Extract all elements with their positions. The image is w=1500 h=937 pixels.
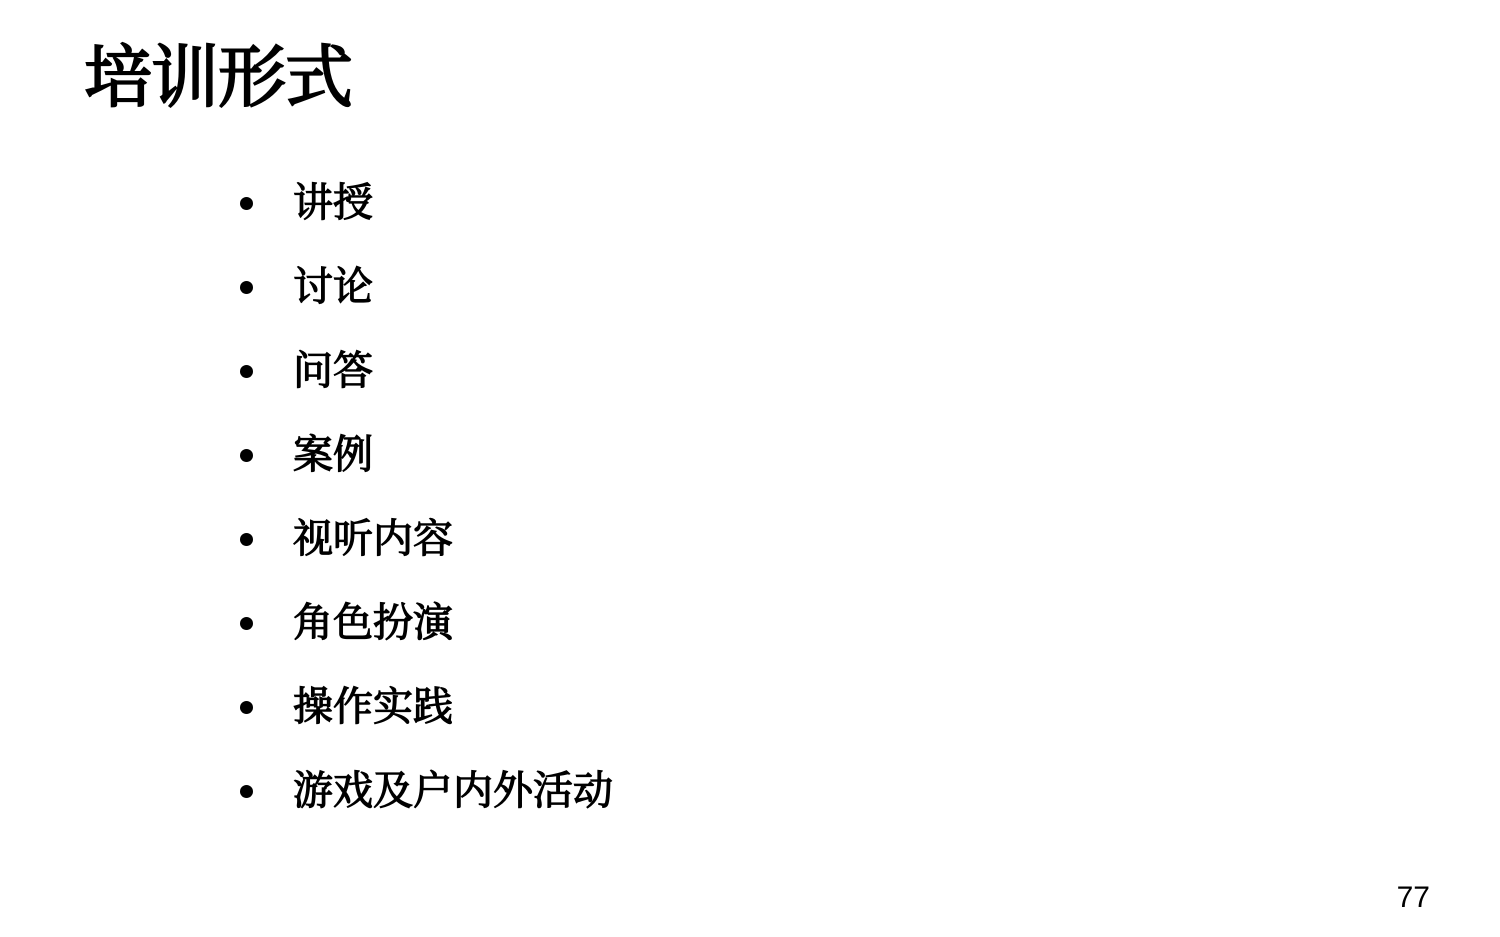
bullet-item-label: 讲授 [293,181,373,225]
bullet-icon [240,281,253,294]
list-item: 问答 [240,329,613,413]
bullet-icon [240,785,253,798]
bullet-icon [240,617,253,630]
list-item: 讨论 [240,245,613,329]
bullet-item-label: 游戏及户内外活动 [293,769,613,813]
bullet-item-label: 讨论 [293,265,373,309]
bullet-icon [240,449,253,462]
bullet-item-label: 问答 [293,349,373,393]
slide-canvas: 培训形式 讲授 讨论 问答 案例 视听内容 角色扮演 操作实践 [0,0,1500,937]
list-item: 讲授 [240,161,613,245]
bullet-item-label: 视听内容 [293,517,453,561]
list-item: 案例 [240,413,613,497]
bullet-icon [240,533,253,546]
bullet-icon [240,365,253,378]
bullet-icon [240,197,253,210]
bullet-icon [240,701,253,714]
page-number: 77 [1397,883,1430,913]
bullet-item-label: 操作实践 [293,685,453,729]
list-item: 角色扮演 [240,581,613,665]
bullet-list: 讲授 讨论 问答 案例 视听内容 角色扮演 操作实践 游戏及户内外活动 [240,161,613,833]
bullet-item-label: 案例 [293,433,373,477]
list-item: 操作实践 [240,665,613,749]
bullet-item-label: 角色扮演 [293,601,453,645]
slide-title: 培训形式 [84,42,352,115]
list-item: 游戏及户内外活动 [240,749,613,833]
list-item: 视听内容 [240,497,613,581]
